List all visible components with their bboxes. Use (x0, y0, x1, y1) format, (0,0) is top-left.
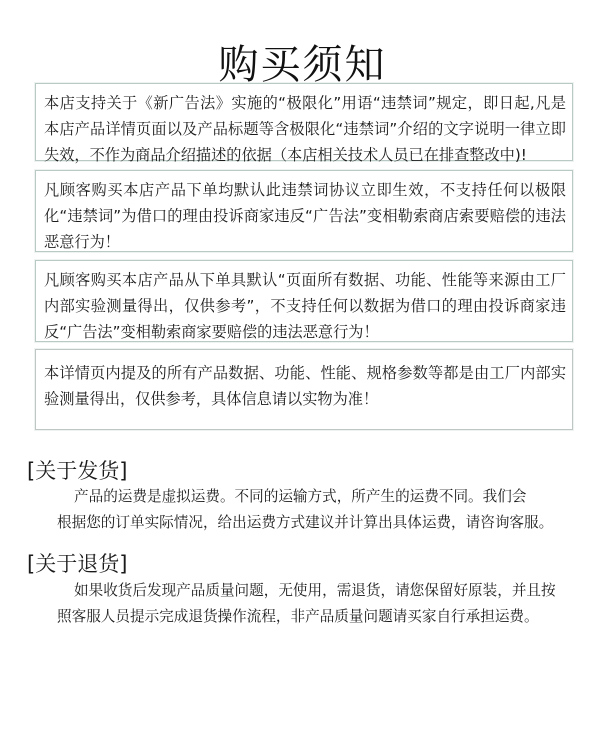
notice-box-order-agreement: 凡顾客购买本店产品下单均默认此违禁词协议立即生效，不支持任何以极限化“违禁词”为… (35, 170, 573, 252)
returns-line: 如果收货后发现产品质量问题，无使用，需退货，请您保留好原装，并且按 (40, 578, 600, 604)
notice-box-data-disclaimer: 凡顾客购买本店产品从下单具默认“页面所有数据、功能、性能等来源由工厂内部实验测量… (35, 260, 573, 342)
notice-box-prohibited-words-policy: 本店支持关于《新广告法》实施的“极限化”用语“违禁词”规定，即日起,凡是本店产品… (35, 83, 573, 161)
shipping-section-heading: [关于发货] (27, 458, 127, 484)
notice-box-product-specs-disclaimer: 本详情页内提及的所有产品数据、功能、性能、规格参数等都是由工厂内部实验测量得出，… (35, 349, 573, 430)
returns-line: 照客服人员提示完成退货操作流程，非产品质量问题请买家自行承担运费。 (40, 604, 600, 630)
shipping-line: 产品的运费是虚拟运费。不同的运输方式，所产生的运费不同。我们会 (40, 484, 600, 510)
notice-text: 本详情页内提及的所有产品数据、功能、性能、规格参数等都是由工厂内部实验测量得出，… (44, 360, 566, 412)
page-title: 购买须知 (0, 41, 605, 89)
returns-section-body: 如果收货后发现产品质量问题，无使用，需退货，请您保留好原装，并且按 照客服人员提… (40, 578, 600, 630)
notice-text: 凡顾客购买本店产品从下单具默认“页面所有数据、功能、性能等来源由工厂内部实验测量… (44, 267, 566, 345)
notice-text: 本店支持关于《新广告法》实施的“极限化”用语“违禁词”规定，即日起,凡是本店产品… (44, 90, 566, 168)
returns-section-heading: [关于退货] (27, 551, 127, 577)
shipping-line: 根据您的订单实际情况，给出运费方式建议并计算出具体运费，请咨询客服。 (40, 510, 600, 536)
shipping-section-body: 产品的运费是虚拟运费。不同的运输方式，所产生的运费不同。我们会 根据您的订单实际… (40, 484, 600, 536)
notice-text: 凡顾客购买本店产品下单均默认此违禁词协议立即生效，不支持任何以极限化“违禁词”为… (44, 177, 566, 255)
